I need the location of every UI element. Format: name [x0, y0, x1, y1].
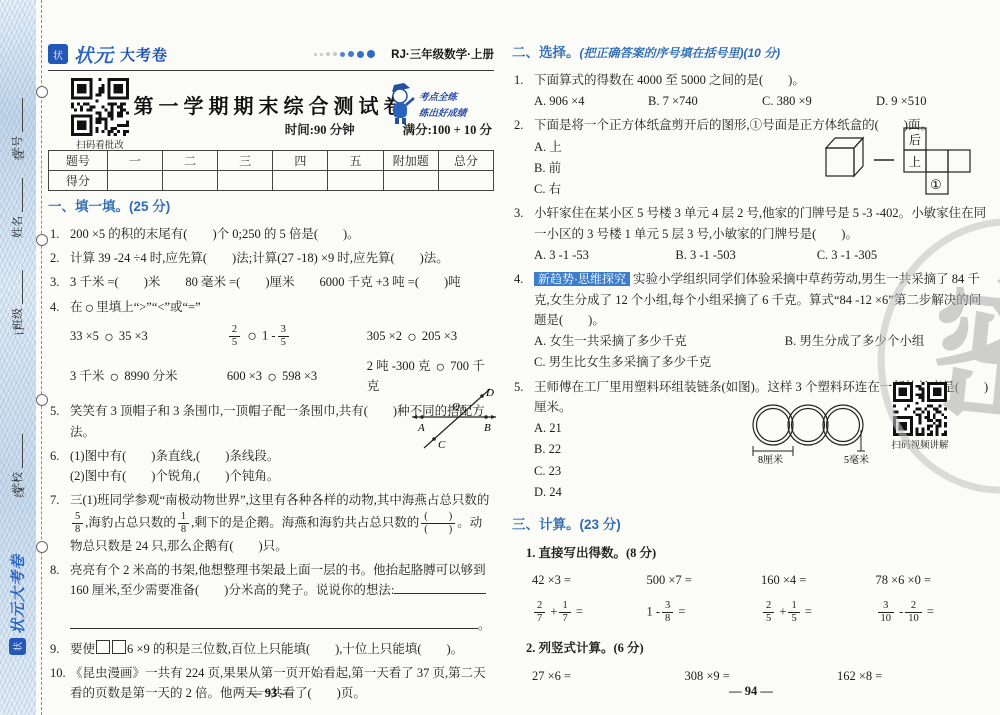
- figure-intersecting-lines: A B C D O: [410, 386, 498, 452]
- page-number-left: — 93 —: [48, 686, 494, 701]
- option: C. 男生比女生多采摘了多少千克: [534, 352, 711, 372]
- brand-zhuangyuan: 状元: [74, 41, 114, 68]
- question-text: 200 ×5 的积的末尾有( )个 0;250 的 5 倍是( )。: [70, 224, 494, 244]
- answer-blank-row: 。: [70, 615, 494, 635]
- question-number: 9.: [50, 639, 59, 659]
- fraction: 210: [905, 600, 922, 625]
- point-label-d: D: [485, 387, 494, 399]
- question-number: 3.: [514, 203, 523, 223]
- question-item: 2.计算 39 -24 ÷4 时,应先算( )法;计算(27 -18) ×9 时…: [48, 248, 494, 268]
- mascot-ribbon-2: 练出好成绩: [418, 105, 467, 119]
- point-label-o: O: [452, 401, 460, 413]
- option: B. 3 -1 -503: [675, 245, 816, 265]
- left-questions: 1.200 ×5 的积的末尾有( )个 0;250 的 5 倍是( )。2.计算…: [48, 224, 494, 704]
- class-blank: [12, 270, 23, 304]
- question-number: 10.: [50, 663, 66, 683]
- brand-icon: 状: [9, 638, 26, 655]
- fraction: 310: [878, 600, 895, 625]
- digit-box: [96, 640, 110, 654]
- qr-video-caption: 扫码视频讲解: [888, 437, 952, 451]
- binding-char-zhuang: 装: [12, 150, 27, 161]
- compare-circle: ○: [104, 329, 114, 346]
- question-text: 新趋势·思维探究实验小学组织同学们体验采摘中草药劳动,男生一共采摘了 84 千克…: [534, 269, 990, 330]
- brand-header: 状 状元 大考卷 RJ·三年级数学·上册: [48, 38, 494, 71]
- binding-dashed-line: [41, 0, 42, 715]
- question-number: 7.: [50, 490, 59, 510]
- section-3-heading: 三、计算。(23 分): [512, 514, 990, 536]
- score-row-label: 得分: [49, 171, 108, 191]
- score-cell: [218, 171, 273, 191]
- score-table: 题号 一 二 三 四 五 附加题 总分 得分: [48, 150, 494, 191]
- student-id-field: 学号: [10, 80, 24, 158]
- point-label-b: B: [484, 422, 491, 434]
- question-text: (2)图中有( )个锐角,( )个钝角。: [70, 466, 494, 486]
- option: C. 3 -1 -305: [817, 245, 958, 265]
- question-text: 小轩家住在某小区 5 号楼 3 单元 4 层 2 号,他家的门牌号是 5 -3 …: [534, 203, 990, 244]
- compare-circle: ○: [85, 300, 95, 317]
- score-col-4: 四: [273, 151, 328, 171]
- question-item: 4.在○里填上“>”“<”或“=”33 ×5 ○ 35 ×325 ○ 1 -35…: [48, 297, 494, 397]
- calc-expression: 27 ×6 =: [532, 666, 685, 686]
- figure-cube-net: 后 上 ①: [818, 120, 988, 200]
- page-number-right: — 94 —: [512, 684, 990, 699]
- section-2-heading: 二、选择。(把正确答案的序号填在括号里)(10 分): [512, 42, 990, 64]
- vertical-brand-logo: 状 状元大考卷: [2, 497, 32, 657]
- binding-hole: [36, 234, 48, 246]
- options-row: A. 3 -1 -53B. 3 -1 -503C. 3 -1 -305: [534, 245, 990, 265]
- compare-circle: ○: [435, 359, 445, 376]
- video-qr-block: 扫码视频讲解: [888, 382, 952, 451]
- question-number: 2.: [514, 115, 523, 135]
- fraction: 27: [534, 600, 545, 625]
- question-item: 3.3 千米 =( )米 80 毫米 =( )厘米 6000 千克 +3 吨 =…: [48, 272, 494, 292]
- compare-cell: 305 ×2 ○ 205 ×3: [367, 326, 494, 346]
- question-item: 4.新趋势·思维探究实验小学组织同学们体验采摘中草药劳动,男生一共采摘了 84 …: [512, 269, 990, 372]
- compare-circle: ○: [247, 328, 257, 345]
- fraction: 38: [662, 600, 673, 625]
- options-row: A. 女生一共采摘了多少千克B. 男生分成了多少个小组: [534, 331, 990, 351]
- score-cell: [107, 171, 162, 191]
- calc-expression: 160 ×4 =: [761, 570, 876, 590]
- question-number: 4.: [50, 297, 59, 317]
- question-text: 亮亮有个 2 米高的书架,他想整理书架最上面一层的书。他抬起胳膊可以够到 160…: [70, 560, 494, 601]
- net-face-back: 后: [909, 133, 921, 147]
- question-text: 计算 39 -24 ÷4 时,应先算( )法;计算(27 -18) ×9 时,应…: [70, 248, 494, 268]
- calc-expression: 162 ×8 =: [837, 666, 990, 686]
- question-item: 8.亮亮有个 2 米高的书架,他想整理书架最上面一层的书。他抬起胳膊可以够到 1…: [48, 560, 494, 635]
- question-number: 6.: [50, 446, 59, 466]
- calc-expression: 27 +17 =: [532, 600, 647, 625]
- option: A. 3 -1 -53: [534, 245, 675, 265]
- mascot-ribbon-1: 考点全练: [418, 89, 467, 103]
- answer-blank-line: [394, 581, 486, 594]
- score-cell: [273, 171, 328, 191]
- header-dots: [314, 50, 375, 58]
- brand-dakaojuan: 大考卷: [120, 44, 168, 65]
- score-col-bonus: 附加题: [383, 151, 438, 171]
- score-col-1: 一: [107, 151, 162, 171]
- edition-label: RJ·三年级数学·上册: [391, 46, 494, 62]
- binding-char-ding: 订: [12, 325, 27, 336]
- exam-sheet: 学号 姓名 班级 学校 装 订 线 状 状元大考卷 状 状元 大考卷 RJ·三年…: [0, 0, 1000, 715]
- student-name-label: 姓名: [9, 216, 25, 238]
- fraction: 25: [763, 600, 774, 625]
- compare-circle: ○: [110, 369, 120, 386]
- class-field: 班级: [10, 252, 24, 330]
- score-col-label: 题号: [49, 151, 108, 171]
- oral-calc-grid: 42 ×3 =500 ×7 =160 ×4 =78 ×6 ×0 =27 +17 …: [512, 565, 990, 630]
- vertical-calc-heading: 2. 列竖式计算。(6 分): [526, 638, 990, 658]
- question-item: 1.下面算式的得数在 4000 至 5000 之间的是( )。A. 906 ×4…: [512, 70, 990, 112]
- option: A. 女生一共采摘了多少千克: [534, 331, 785, 351]
- score-col-5: 五: [328, 151, 383, 171]
- question-text: 三(1)班同学参观“南极动物世界”,这里有各种各样的动物,其中海燕占总只数的58…: [70, 490, 494, 556]
- fraction: 17: [559, 600, 570, 625]
- ring-thickness-label: 5毫米: [844, 453, 869, 464]
- question-item: 3.小轩家住在某小区 5 号楼 3 单元 4 层 2 号,他家的门牌号是 5 -…: [512, 203, 990, 265]
- score-table-header-row: 题号 一 二 三 四 五 附加题 总分: [49, 151, 494, 171]
- fraction: 58: [72, 511, 83, 536]
- figure-plastic-rings: 8厘米 5毫米: [748, 400, 876, 464]
- option: A. 906 ×4: [534, 91, 648, 111]
- binding-hole: [36, 394, 48, 406]
- student-name-field: 姓名: [10, 160, 24, 238]
- fraction: 35: [278, 324, 289, 349]
- question-item: 6.(1)图中有( )条直线,( )条线段。(2)图中有( )个锐角,( )个钝…: [48, 446, 494, 487]
- question-text: 下面算式的得数在 4000 至 5000 之间的是( )。: [534, 70, 990, 90]
- student-id-blank: [12, 98, 23, 132]
- options-row: C. 男生比女生多采摘了多少千克: [534, 352, 990, 372]
- school-field: 学校: [10, 416, 24, 494]
- answer-blank-line: [70, 616, 478, 629]
- qr-grading-caption: 扫码看批改: [70, 137, 130, 151]
- question-number: 1.: [514, 70, 523, 90]
- oral-calc-heading: 1. 直接写出得数。(8 分): [526, 543, 990, 563]
- option: D. 24: [534, 482, 990, 502]
- score-cell: [163, 171, 218, 191]
- option: B. 7 ×740: [648, 91, 762, 111]
- point-label-c: C: [438, 439, 446, 451]
- score-table-score-row: 得分: [49, 171, 494, 191]
- compare-cell: 33 ×5 ○ 35 ×3: [70, 326, 227, 346]
- compare-cell: 600 ×3 ○ 598 ×3: [227, 366, 367, 386]
- binding-hole: [36, 86, 48, 98]
- school-blank: [12, 434, 23, 468]
- compare-row: 33 ×5 ○ 35 ×325 ○ 1 -35305 ×2 ○ 205 ×3: [70, 324, 494, 349]
- net-face-one: ①: [930, 177, 942, 192]
- score-cell: [328, 171, 383, 191]
- question-item: 7.三(1)班同学参观“南极动物世界”,这里有各种各样的动物,其中海燕占总只数的…: [48, 490, 494, 556]
- point-label-a: A: [417, 422, 425, 434]
- option: B. 男生分成了多少个小组: [785, 331, 925, 351]
- brand-icon: 状: [48, 44, 68, 64]
- page-right: 二、选择。(把正确答案的序号填在括号里)(10 分) 1.下面算式的得数在 40…: [512, 40, 990, 700]
- fraction: 25: [229, 324, 240, 349]
- calc-expression: 310 -210 =: [876, 600, 991, 625]
- question-number: 5.: [50, 401, 59, 421]
- calc-expression: 42 ×3 =: [532, 570, 647, 590]
- exam-meta: 时间:90 分钟 满分:100 + 10 分: [285, 120, 492, 138]
- digit-box: [112, 640, 126, 654]
- question-item: 1.200 ×5 的积的末尾有( )个 0;250 的 5 倍是( )。: [48, 224, 494, 244]
- score-cell: [383, 171, 438, 191]
- score-col-total: 总分: [438, 151, 493, 171]
- time-limit: 时间:90 分钟: [285, 120, 355, 138]
- compare-cell: 3 千米 ○ 8990 分米: [70, 366, 227, 386]
- calc-expression: 25 +15 =: [761, 600, 876, 625]
- question-text: 在○里填上“>”“<”或“=”: [70, 297, 494, 317]
- full-score: 满分:100 + 10 分: [403, 120, 492, 138]
- tag-new-trend: 新趋势·思维探究: [534, 272, 630, 286]
- question-number: 2.: [50, 248, 59, 268]
- option: C. 380 ×9: [762, 91, 876, 111]
- compare-circle: ○: [267, 369, 277, 386]
- question-number: 4.: [514, 269, 523, 289]
- score-col-2: 二: [163, 151, 218, 171]
- question-text: 要使6 ×9 的积是三位数,百位上只能填( ),十位上只能填( )。: [70, 639, 494, 659]
- ring-diameter-label: 8厘米: [758, 453, 783, 464]
- compare-cell: 25 ○ 1 -35: [227, 324, 367, 349]
- page-left: 状 状元 大考卷 RJ·三年级数学·上册 扫码看批改 第一学期期末综合测试卷: [48, 38, 494, 706]
- options-row: A. 906 ×4B. 7 ×740C. 380 ×9D. 9 ×510: [534, 91, 990, 111]
- calc-expression: 78 ×6 ×0 =: [876, 570, 991, 590]
- question-number: 8.: [50, 560, 59, 580]
- question-number: 5.: [514, 377, 523, 397]
- fraction: 18: [178, 511, 189, 536]
- calc-expression: 1 -38 =: [647, 600, 762, 625]
- fraction: 15: [788, 600, 799, 625]
- score-cell: [438, 171, 493, 191]
- question-text: 3 千米 =( )米 80 毫米 =( )厘米 6000 千克 +3 吨 =( …: [70, 272, 494, 292]
- compare-circle: ○: [407, 329, 417, 346]
- score-col-3: 三: [218, 151, 273, 171]
- student-name-blank: [12, 178, 23, 212]
- calc-expression: 308 ×9 =: [685, 666, 838, 686]
- net-face-top: 上: [909, 154, 921, 169]
- option: D. 9 ×510: [876, 91, 990, 111]
- question-number: 1.: [50, 224, 59, 244]
- calc-expression: 500 ×7 =: [647, 570, 762, 590]
- qr-video-code: [893, 382, 947, 436]
- binding-hole: [36, 541, 48, 553]
- question-number: 3.: [50, 272, 59, 292]
- section-1-heading: 一、填一填。(25 分): [48, 196, 494, 218]
- question-item: 9.要使6 ×9 的积是三位数,百位上只能填( ),十位上只能填( )。: [48, 639, 494, 659]
- blank-fraction: ( )( ): [421, 511, 455, 536]
